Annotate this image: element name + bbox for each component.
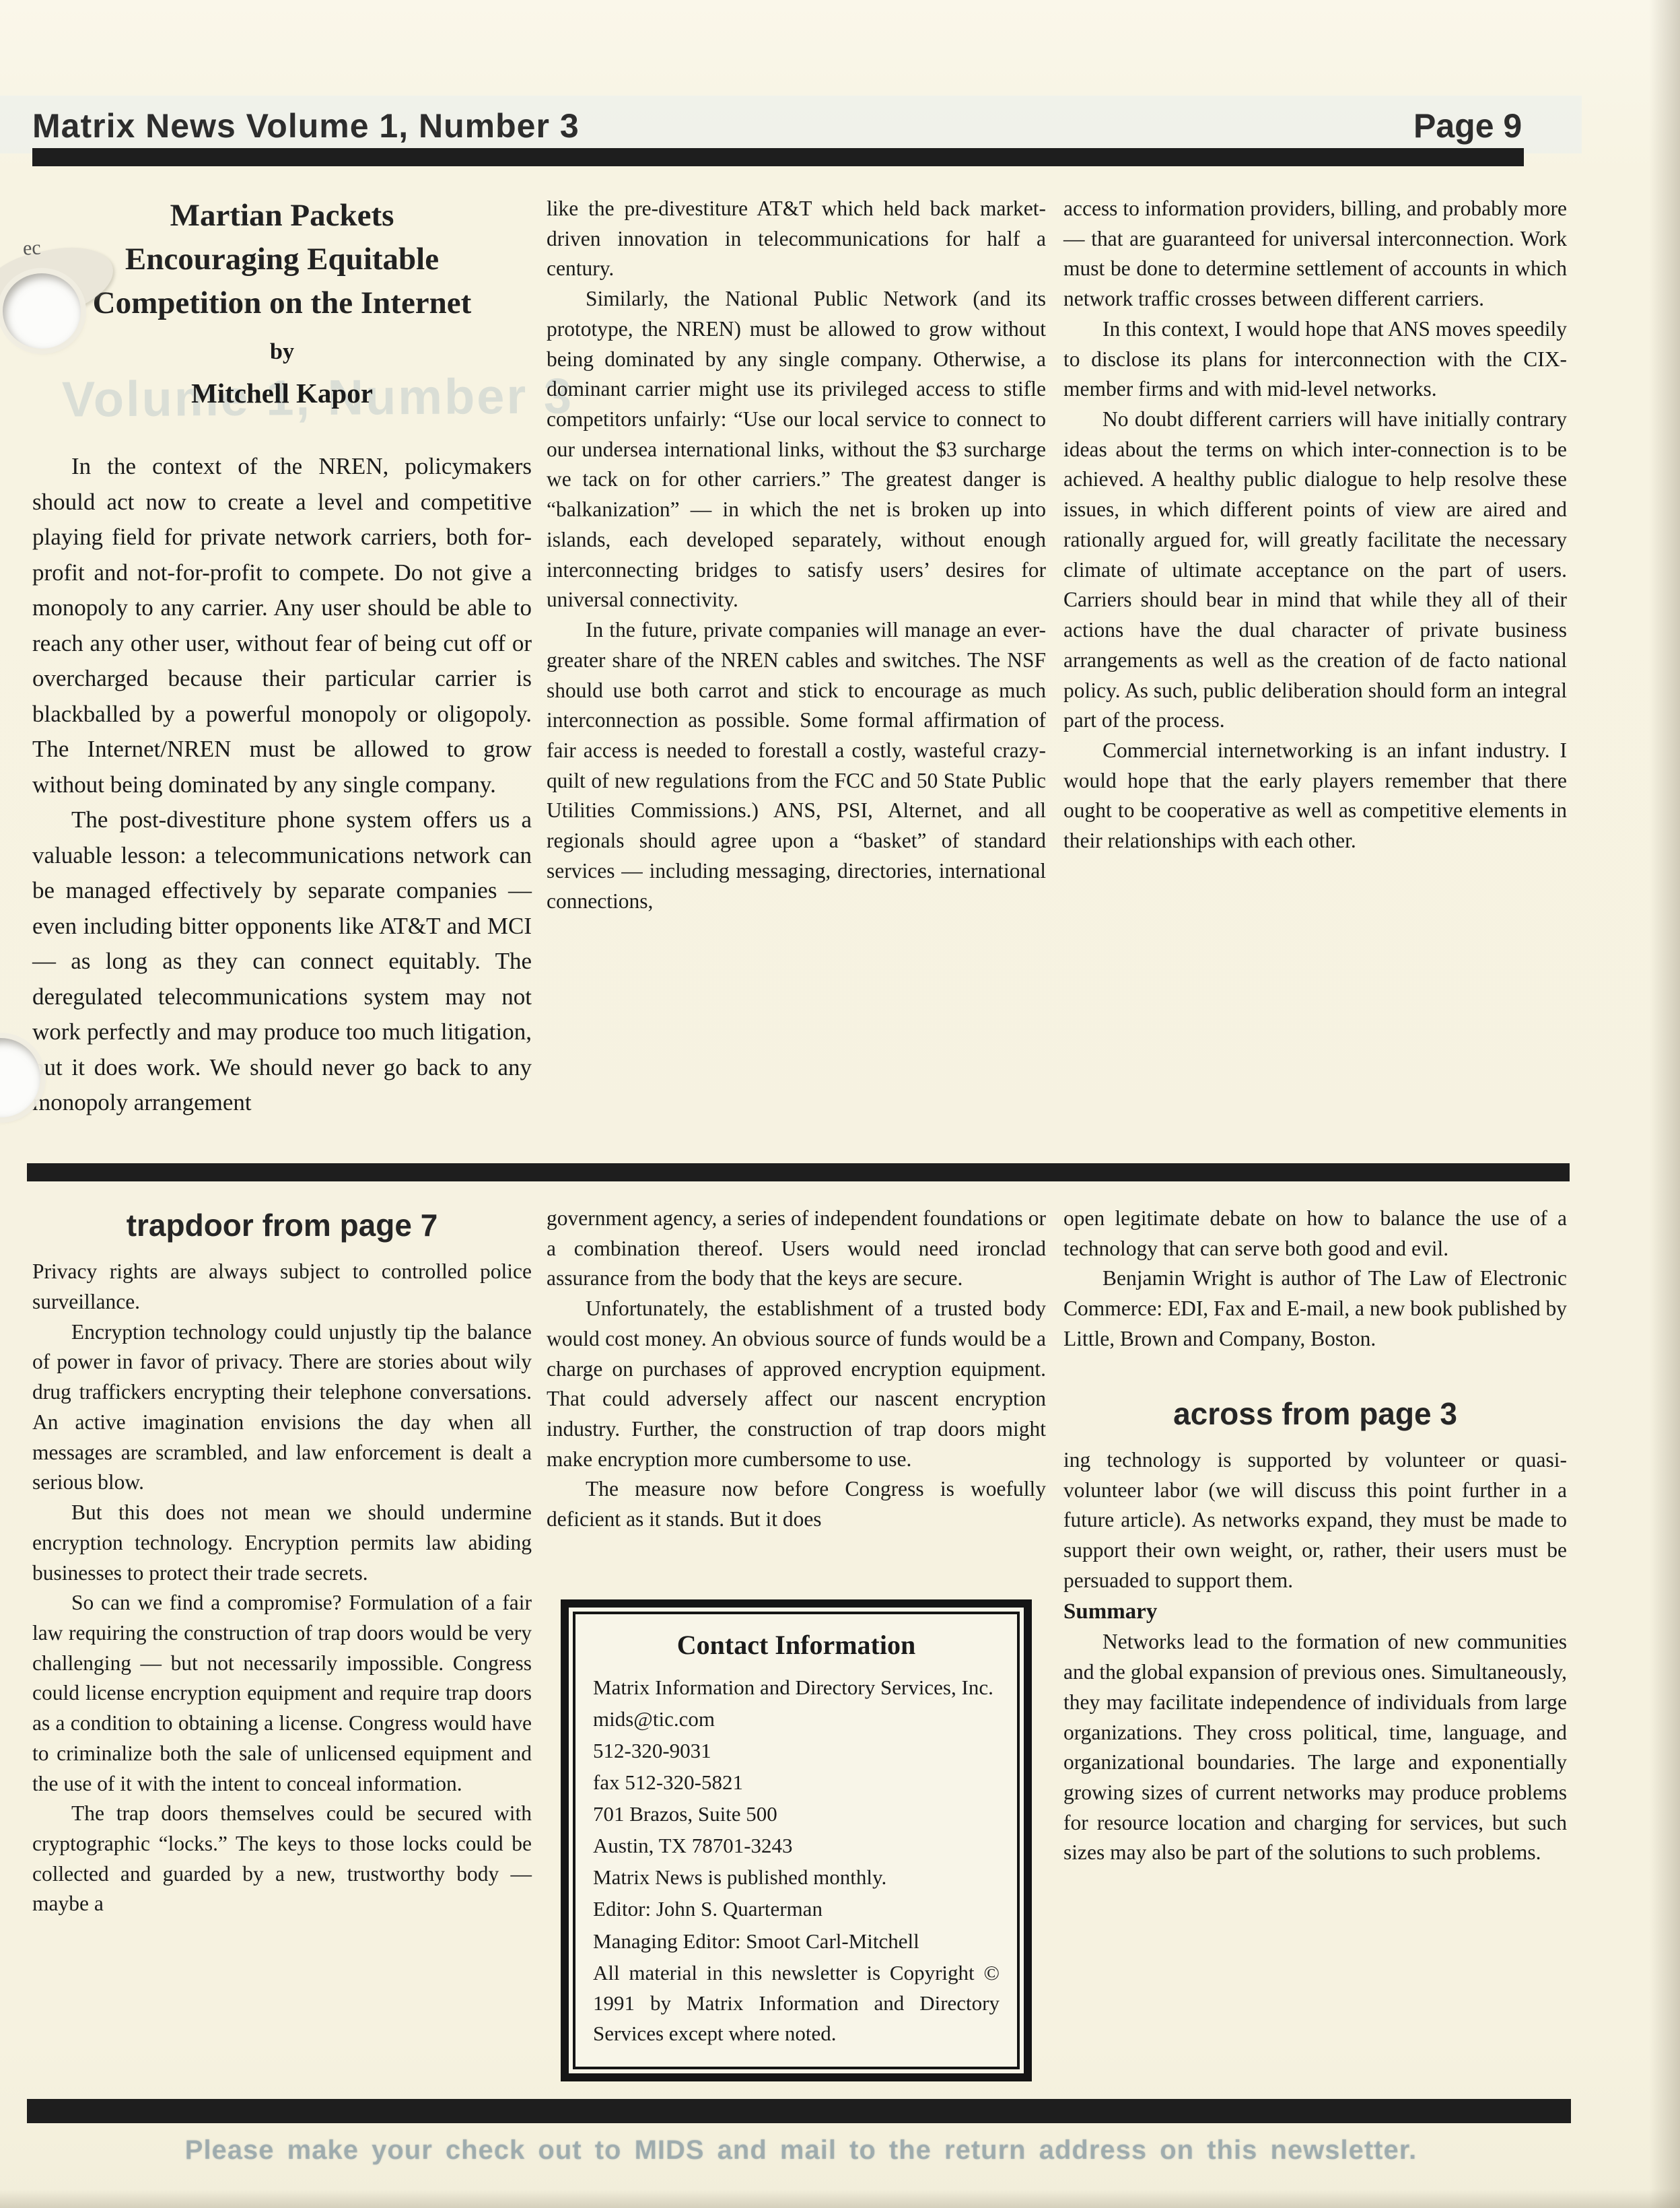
- byline-author: Mitchell Kapor: [32, 373, 532, 415]
- paragraph: The post-divestiture phone system offers…: [32, 802, 532, 1121]
- torn-text-fragment: ec: [22, 236, 41, 260]
- paragraph: Privacy rights are always subject to con…: [32, 1257, 532, 1317]
- article-title-line: Martian Packets: [32, 194, 532, 238]
- paragraph: But this does not mean we should undermi…: [32, 1498, 532, 1588]
- contact-information-inner: Contact Information Matrix Information a…: [573, 1612, 1020, 2069]
- article-title-line: Competition on the Internet: [32, 281, 532, 325]
- contact-city: Austin, TX 78701-3243: [593, 1830, 1000, 1861]
- paragraph: So can we find a compromise? Formulation…: [32, 1588, 532, 1799]
- paragraph: In the future, private companies will ma…: [547, 615, 1046, 916]
- paragraph: open legitimate debate on how to balance…: [1063, 1204, 1567, 1264]
- contact-frequency: Matrix News is published monthly.: [593, 1861, 1000, 1893]
- section-divider-rule: [27, 1163, 1570, 1181]
- contact-street: 701 Brazos, Suite 500: [593, 1798, 1000, 1830]
- paragraph: Networks lead to the formation of new co…: [1063, 1627, 1567, 1868]
- paragraph: Commercial internetworking is an infant …: [1063, 736, 1567, 856]
- paragraph: like the pre-divestiture AT&T which held…: [547, 194, 1046, 284]
- paragraph: ing technology is supported by volunteer…: [1063, 1445, 1567, 1596]
- paragraph: The measure now before Congress is woefu…: [547, 1474, 1046, 1534]
- page-number: Page 9: [1413, 106, 1522, 145]
- trapdoor-column-2: government agency, a series of independe…: [547, 1204, 1046, 2081]
- byline-prefix: by: [32, 335, 532, 369]
- paragraph: government agency, a series of independe…: [547, 1204, 1046, 1294]
- contact-editor: Editor: John S. Quarterman: [593, 1893, 1000, 1925]
- trapdoor-column-1: trapdoor from page 7 Privacy rights are …: [32, 1204, 532, 1919]
- paragraph: Encryption technology could unjustly tip…: [32, 1317, 532, 1498]
- contact-phone: 512-320-9031: [593, 1735, 1000, 1766]
- paragraph: access to information providers, billing…: [1063, 194, 1567, 314]
- contact-box-heading: Contact Information: [593, 1626, 1000, 1665]
- contact-managing-editor: Managing Editor: Smoot Carl-Mitchell: [593, 1925, 1000, 1957]
- across-section-heading: across from page 3: [1063, 1392, 1567, 1436]
- article-column-2: like the pre-divestiture AT&T which held…: [547, 194, 1046, 916]
- paragraph: The trap doors themselves could be secur…: [32, 1799, 532, 1919]
- contact-org-name: Matrix Information and Directory Service…: [593, 1671, 1000, 1703]
- header-rule: [32, 148, 1524, 166]
- paragraph: Unfortunately, the establishment of a tr…: [547, 1294, 1046, 1474]
- paragraph: Similarly, the National Public Network (…: [547, 284, 1046, 615]
- footer-rule: [27, 2099, 1571, 2123]
- paragraph: In this context, I would hope that ANS m…: [1063, 314, 1567, 405]
- newsletter-page: Matrix News Volume 1, Number 3 Page 9 Vo…: [0, 0, 1680, 2208]
- newsletter-masthead: Matrix News Volume 1, Number 3: [32, 106, 580, 145]
- article-column-3: access to information providers, billing…: [1063, 194, 1567, 856]
- paragraph: No doubt different carriers will have in…: [1063, 405, 1567, 736]
- bleed-through-footer-text: Please make your check out to MIDS and m…: [121, 2135, 1481, 2166]
- contact-information-box: Contact Information Matrix Information a…: [561, 1599, 1032, 2081]
- article-column-1: Martian Packets Encouraging Equitable Co…: [32, 194, 532, 1121]
- paragraph: In the context of the NREN, policymakers…: [32, 449, 532, 802]
- punch-hole: [3, 273, 81, 349]
- summary-subheading: Summary: [1063, 1596, 1567, 1628]
- paragraph: Benjamin Wright is author of The Law of …: [1063, 1264, 1567, 1354]
- scan-edge-shadow: [1649, 0, 1680, 2208]
- scan-edge-shadow: [0, 2189, 1680, 2208]
- trapdoor-across-column-3: open legitimate debate on how to balance…: [1063, 1204, 1567, 1868]
- contact-email: mids@tic.com: [593, 1703, 1000, 1735]
- trapdoor-section-heading: trapdoor from page 7: [32, 1204, 532, 1247]
- contact-copyright-notice: All material in this newsletter is Copyr…: [593, 1958, 1000, 2049]
- contact-fax: fax 512-320-5821: [593, 1766, 1000, 1798]
